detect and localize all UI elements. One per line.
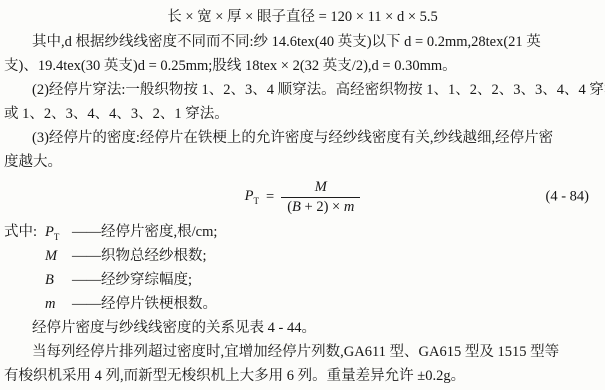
equation-number: (4 - 84) <box>546 189 590 206</box>
para-threading-line2: 或 1、2、3、4、4、3、2、1 穿法。 <box>4 102 601 126</box>
fraction-denominator: (B + 2) × m <box>281 197 360 216</box>
equals-sign: = <box>266 189 274 206</box>
where-item-b: B ——经纱穿综幅度; <box>4 268 601 292</box>
where-desc-pt: ——经停片密度,根/cm; <box>72 220 217 244</box>
where-var-pt: PT <box>45 220 72 244</box>
formula-row: PT = M (B + 2) × m (4 - 84) <box>4 174 601 220</box>
where-var-m-bars: m <box>45 292 72 316</box>
where-desc-m-bars: ——经停片铁梗根数。 <box>72 292 217 316</box>
para-threading-line1: (2)经停片穿法:一般织物按 1、2、3、4 顺穿法。高经密织物按 1、1、2、… <box>4 78 601 102</box>
where-desc-b: ——经纱穿综幅度; <box>72 268 192 292</box>
where-prefix: 式中: <box>4 220 45 244</box>
document-page: 长 × 宽 × 厚 × 眼子直径 = 120 × 11 × d × 5.5 其中… <box>0 0 605 390</box>
where-var-m-total: M <box>45 244 72 268</box>
para-columns-line1: 当每列经停片排列超过密度时,宜增加经停片列数,GA611 型、GA615 型及 … <box>4 340 601 364</box>
para-density-line1: (3)经停片的密度:经停片在铁梗上的允许密度与经纱线密度有关,纱线越细,经停片密 <box>4 126 601 150</box>
para-d-values-line1: 其中,d 根据纱线线密度不同而不同:纱 14.6tex(40 英支)以下 d =… <box>4 30 601 54</box>
formula-lhs: PT <box>245 188 259 206</box>
formula-pt: PT = M (B + 2) × m <box>245 179 361 216</box>
fraction: M (B + 2) × m <box>281 179 360 216</box>
para-density-line2: 度越大。 <box>4 150 601 174</box>
where-var-b: B <box>45 268 72 292</box>
where-desc-m-total: ——织物总经纱根数; <box>72 244 207 268</box>
size-equation-line: 长 × 宽 × 厚 × 眼子直径 = 120 × 11 × d × 5.5 <box>4 5 601 30</box>
where-item-m-bars: m ——经停片铁梗根数。 <box>4 292 601 316</box>
fraction-numerator: M <box>281 179 360 197</box>
para-columns-line2: 有梭织机采用 4 列,而新型无梭织机上大多用 6 列。重量差异允许 ±0.2g。 <box>4 364 601 388</box>
para-table-ref: 经停片密度与纱线线密度的关系见表 4 - 44。 <box>4 316 601 340</box>
para-d-values-line2: 支)、19.4tex(30 英支)d = 0.25mm;股线 18tex × 2… <box>4 54 601 78</box>
where-item-m-total: M ——织物总经纱根数; <box>4 244 601 268</box>
where-item-pt: 式中: PT ——经停片密度,根/cm; <box>4 220 601 244</box>
